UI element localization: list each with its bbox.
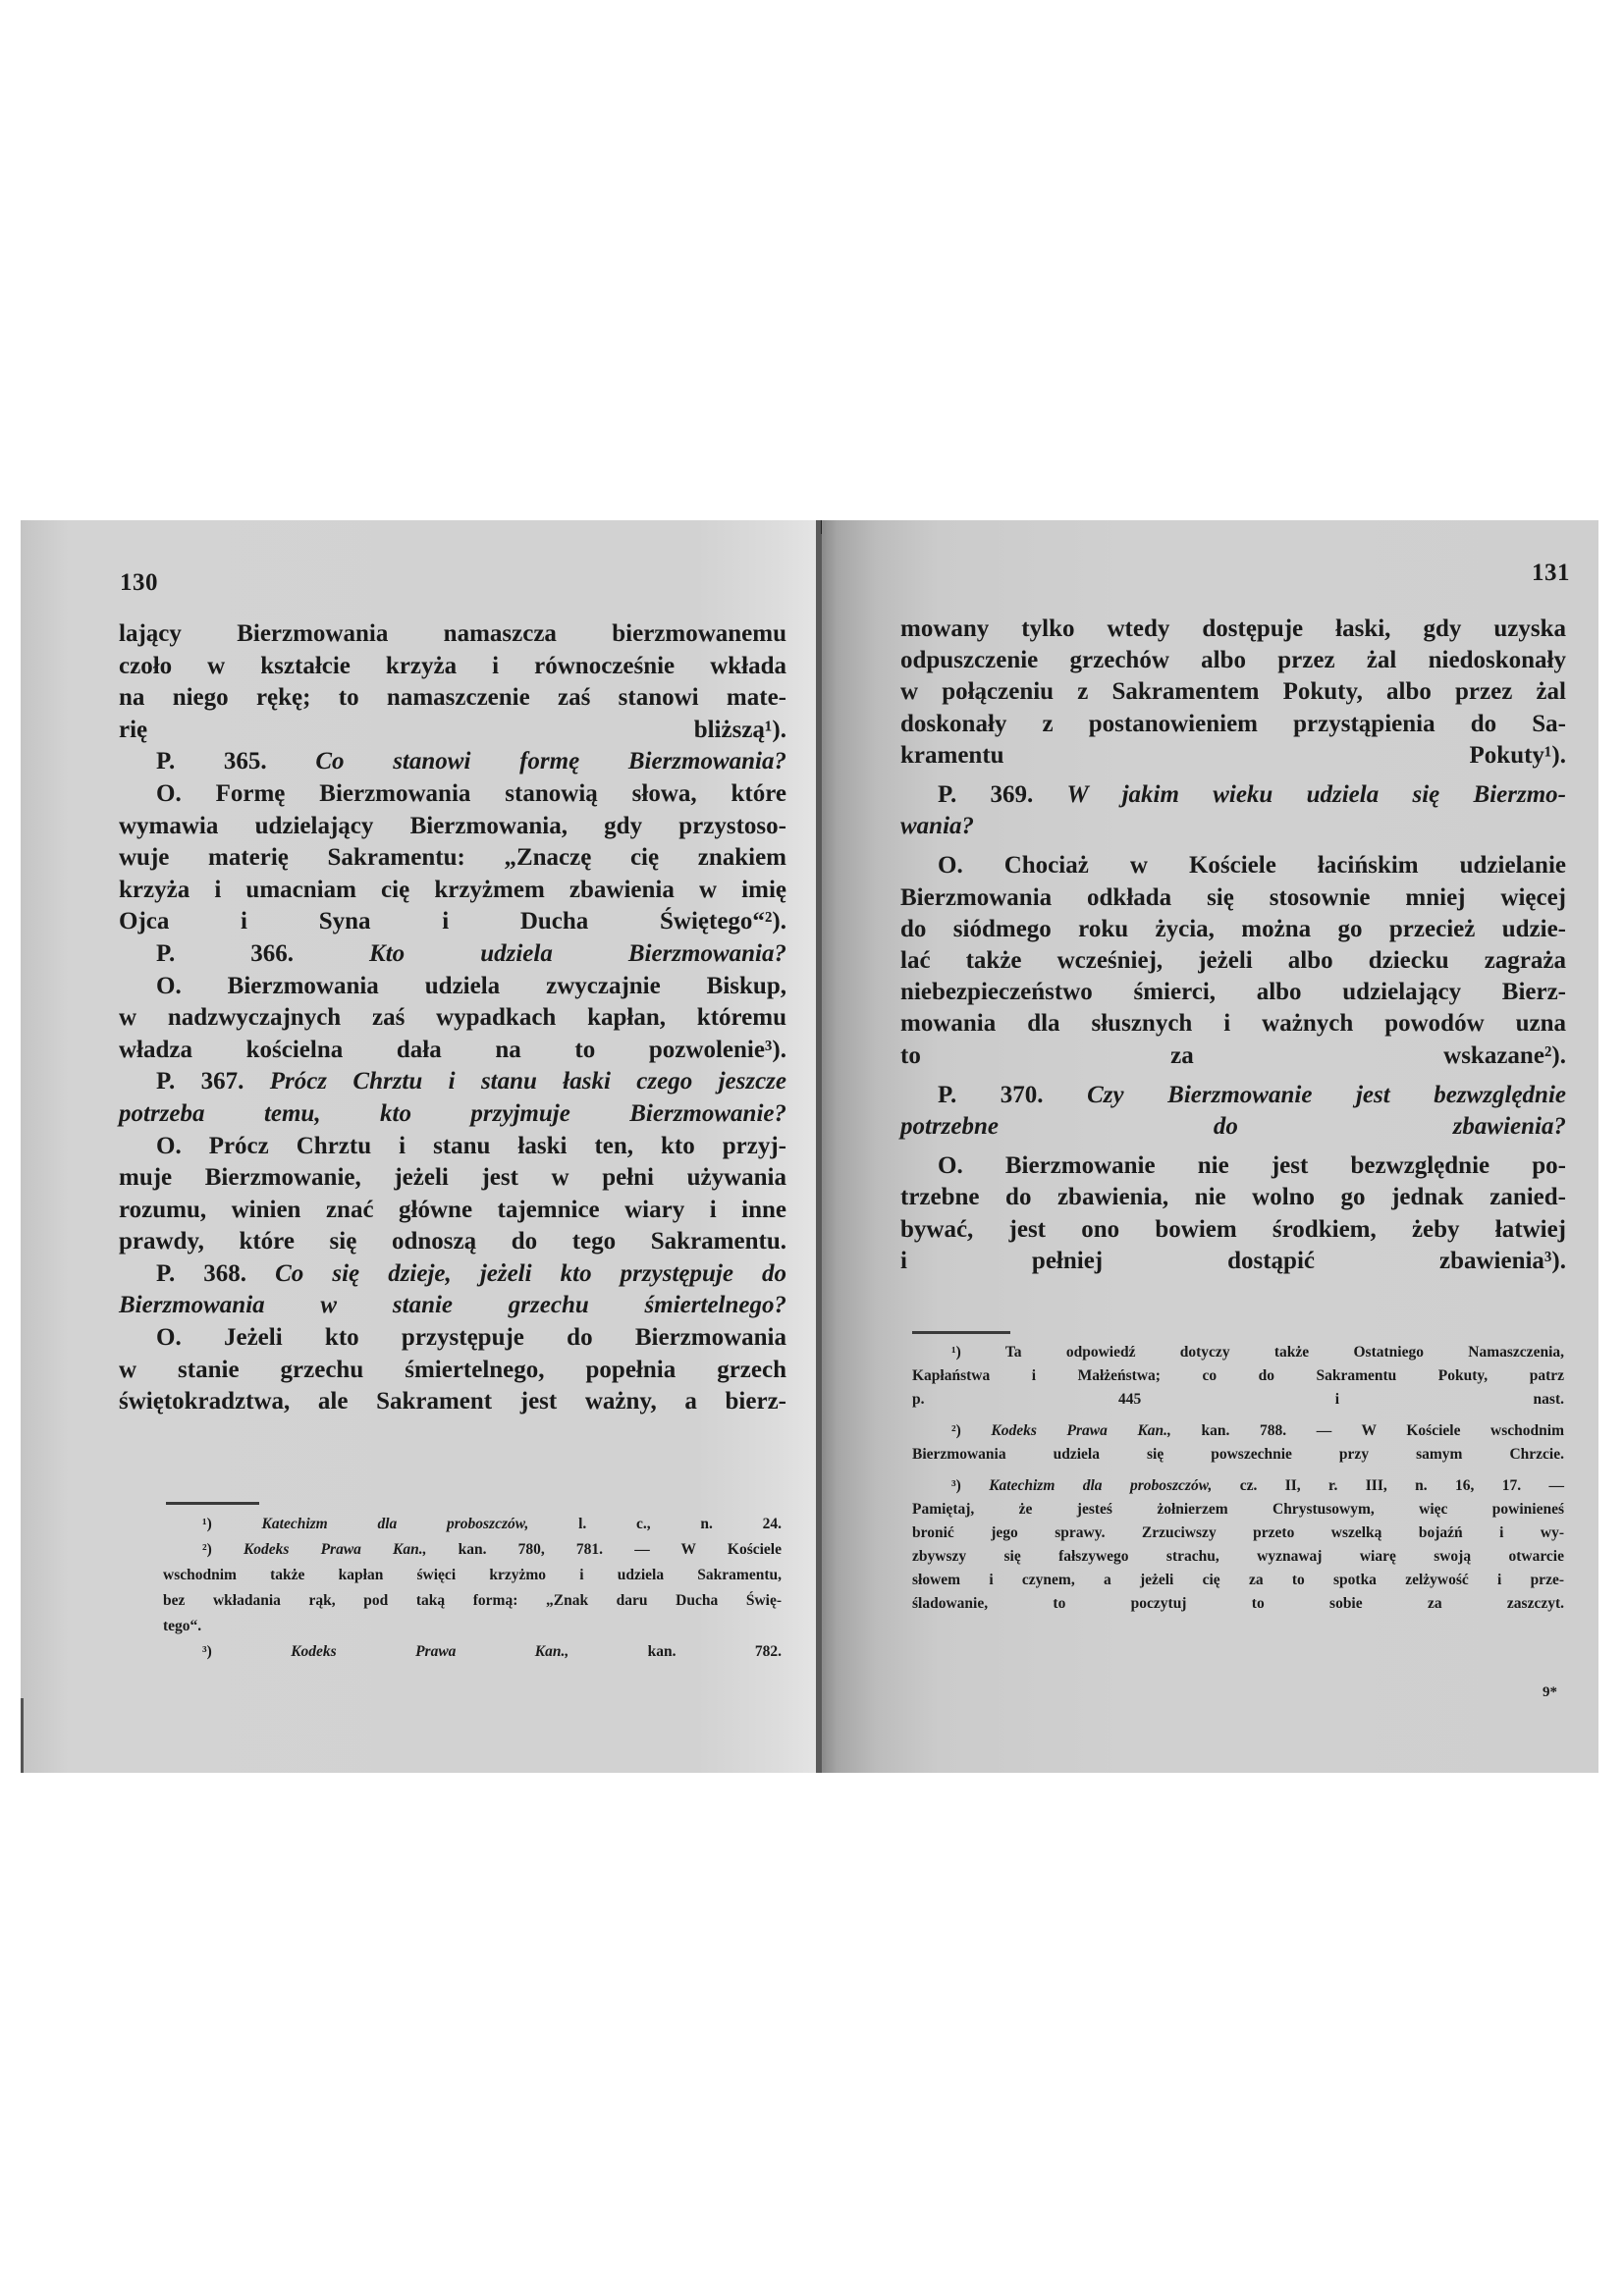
text-line-content: O. Jeżeli kto przystępuje do Bierzmowani… bbox=[156, 1322, 786, 1355]
text-run: mowany tylko wtedy dostępuje łaski, gdy … bbox=[900, 615, 1566, 642]
text-line-content: odpuszczenie grzechów albo przez żal nie… bbox=[900, 645, 1566, 676]
text-line: mowania dla słusznych i ważnych powodów … bbox=[900, 1008, 1566, 1040]
text-run: kan. 780, 781. — W Kościele bbox=[427, 1541, 782, 1558]
text-run: P. 365. bbox=[156, 748, 315, 774]
text-line-content: O. Prócz Chrztu i stanu łaski ten, kto p… bbox=[156, 1131, 786, 1163]
text-run: śladowanie, to poczytuj to sobie za zasz… bbox=[912, 1595, 1564, 1612]
italic-run: Bierzmowania w stanie grzechu śmiertelne… bbox=[119, 1292, 786, 1318]
text-run: w połączeniu z Sakramentem Pokuty, albo … bbox=[900, 678, 1566, 705]
footnote-line-content: p. 445 i nast. bbox=[912, 1388, 1564, 1412]
text-line-content: to za wskazane²). bbox=[900, 1041, 1566, 1072]
footnote-line: bez wkładania rąk, pod taką formą: „Znak… bbox=[163, 1588, 782, 1614]
footnote-line: słowem i czynem, a jeżeli cię za to spot… bbox=[912, 1569, 1564, 1592]
text-run: słowem i czynem, a jeżeli cię za to spot… bbox=[912, 1572, 1564, 1588]
text-run: mowania dla słusznych i ważnych powodów … bbox=[900, 1010, 1566, 1037]
text-line: muje Bierzmowanie, jeżeli jest w pełni u… bbox=[119, 1162, 786, 1195]
footnote-line: ³) Katechizm dla proboszczów, cz. II, r.… bbox=[912, 1474, 1564, 1498]
text-line: P. 370. Czy Bierzmowanie jest bezwzględn… bbox=[900, 1080, 1566, 1111]
text-run: l. c., n. 24. bbox=[528, 1516, 782, 1532]
footnote-line-content: bronić jego sprawy. Zrzuciwszy przeto ws… bbox=[912, 1522, 1564, 1545]
text-run: kan. 782. bbox=[568, 1643, 782, 1660]
text-line: prawdy, które się odnoszą do tego Sakram… bbox=[119, 1226, 786, 1258]
italic-run: wania? bbox=[900, 813, 974, 839]
footnote-line-content: tego“. bbox=[163, 1614, 782, 1639]
paragraph-gap bbox=[912, 1467, 1564, 1474]
text-run: władza kościelna dała na to pozwolenie³)… bbox=[119, 1037, 786, 1063]
text-run: bywać, jest ono bowiem środkiem, żeby ła… bbox=[900, 1216, 1566, 1243]
italic-run: Kto udziela Bierzmowania? bbox=[369, 940, 786, 967]
text-line-content: P. 367. Prócz Chrztu i stanu łaski czego… bbox=[156, 1066, 786, 1098]
text-line: w stanie grzechu śmiertelnego, popełnia … bbox=[119, 1355, 786, 1387]
text-line: P. 368. Co się dzieje, jeżeli kto przyst… bbox=[119, 1258, 786, 1291]
footnote-line: śladowanie, to poczytuj to sobie za zasz… bbox=[912, 1592, 1564, 1616]
footnote-line-content: ¹) Katechizm dla proboszczów, l. c., n. … bbox=[202, 1512, 782, 1537]
text-run: Bierzmowania udziela się powszechnie prz… bbox=[912, 1446, 1564, 1463]
paragraph-gap bbox=[900, 842, 1566, 850]
footnote-line: bronić jego sprawy. Zrzuciwszy przeto ws… bbox=[912, 1522, 1564, 1545]
text-line: w połączeniu z Sakramentem Pokuty, albo … bbox=[900, 676, 1566, 708]
text-line-content: wymawia udzielający Bierzmowania, gdy pr… bbox=[119, 811, 786, 843]
paragraph-gap bbox=[900, 772, 1566, 779]
text-run: P. 368. bbox=[156, 1260, 275, 1287]
text-run: trzebne do zbawienia, nie wolno go jedna… bbox=[900, 1184, 1566, 1210]
text-run: ²) bbox=[202, 1541, 244, 1558]
italic-run: Kodeks Prawa Kan., bbox=[991, 1422, 1171, 1439]
text-line-content: mowany tylko wtedy dostępuje łaski, gdy … bbox=[900, 614, 1566, 645]
right-page: 131 mowany tylko wtedy dostępuje łaski, … bbox=[822, 520, 1598, 1773]
italic-run: W jakim wieku udziela się Bierzmo- bbox=[1067, 781, 1566, 808]
text-line: O. Bierzmowania udziela zwyczajnie Bisku… bbox=[119, 971, 786, 1003]
text-run: ²) bbox=[951, 1422, 991, 1439]
text-line: czoło w kształcie krzyża i równocześnie … bbox=[119, 651, 786, 683]
text-run: kramentu Pokuty¹). bbox=[900, 742, 1566, 769]
text-run: p. 445 i nast. bbox=[912, 1391, 1564, 1408]
text-line: wania? bbox=[900, 811, 1566, 842]
text-run: ¹) Ta odpowiedź dotyczy także Ostatniego… bbox=[951, 1344, 1564, 1361]
text-run: muje Bierzmowanie, jeżeli jest w pełni u… bbox=[119, 1164, 786, 1191]
text-run: na niego rękę; to namaszczenie zaś stano… bbox=[119, 684, 786, 711]
text-line-content: O. Chociaż w Kościele łacińskim udzielan… bbox=[938, 850, 1566, 881]
text-line-content: muje Bierzmowanie, jeżeli jest w pełni u… bbox=[119, 1162, 786, 1195]
text-run: kan. 788. — W Kościele wschodnim bbox=[1171, 1422, 1564, 1439]
footnote-line: Kapłaństwa i Małżeństwa; co do Sakrament… bbox=[912, 1364, 1564, 1388]
text-run: bez wkładania rąk, pod taką formą: „Znak… bbox=[163, 1592, 782, 1609]
text-line-content: potrzeba temu, kto przyjmuje Bierzmowani… bbox=[119, 1098, 786, 1131]
footnote-line-content: śladowanie, to poczytuj to sobie za zasz… bbox=[912, 1592, 1564, 1616]
text-run: krzyża i umacniam cię krzyżmem zbawienia… bbox=[119, 877, 786, 903]
text-run: wschodnim także kapłan święci krzyżmo i … bbox=[163, 1567, 782, 1583]
text-line: potrzeba temu, kto przyjmuje Bierzmowani… bbox=[119, 1098, 786, 1131]
text-line-content: wuje materię Sakramentu: „Znaczę cię zna… bbox=[119, 842, 786, 875]
text-run: niebezpieczeństwo śmierci, albo udzielaj… bbox=[900, 979, 1566, 1005]
page-edge-shadow bbox=[21, 1698, 24, 1773]
text-line-content: lać także wcześniej, jeżeli albo dziecku… bbox=[900, 945, 1566, 977]
text-line: lający Bierzmowania namaszcza bierzmowan… bbox=[119, 618, 786, 651]
text-line: i pełniej dostąpić zbawienia³). bbox=[900, 1246, 1566, 1277]
text-run: prawdy, które się odnoszą do tego Sakram… bbox=[119, 1228, 786, 1255]
text-run: Kapłaństwa i Małżeństwa; co do Sakrament… bbox=[912, 1367, 1564, 1384]
text-run: lać także wcześniej, jeżeli albo dziecku… bbox=[900, 947, 1566, 974]
footnote-line: wschodnim także kapłan święci krzyżmo i … bbox=[163, 1563, 782, 1588]
text-run: P. 370. bbox=[938, 1082, 1087, 1108]
text-line: rię bliższą¹). bbox=[119, 715, 786, 747]
text-run: O. Jeżeli kto przystępuje do Bierzmowani… bbox=[156, 1324, 786, 1351]
text-line: niebezpieczeństwo śmierci, albo udzielaj… bbox=[900, 977, 1566, 1008]
text-run: O. Formę Bierzmowania stanowią słowa, kt… bbox=[156, 780, 786, 807]
text-run: Pamiętaj, że jesteś żołnierzem Chrystuso… bbox=[912, 1501, 1564, 1518]
text-line-content: Bierzmowania odkłada się stosownie mniej… bbox=[900, 882, 1566, 914]
signature-mark: 9* bbox=[1543, 1684, 1557, 1701]
text-line-content: kramentu Pokuty¹). bbox=[900, 740, 1566, 772]
text-run: wymawia udzielający Bierzmowania, gdy pr… bbox=[119, 813, 786, 839]
footnote-line-content: słowem i czynem, a jeżeli cię za to spot… bbox=[912, 1569, 1564, 1592]
italic-run: Co się dzieje, jeżeli kto przystępuje do bbox=[275, 1260, 786, 1287]
footnote-line: zbywszy się fałszywego strachu, wyznawaj… bbox=[912, 1545, 1564, 1569]
footnote-line-content: ²) Kodeks Prawa Kan., kan. 788. — W Kośc… bbox=[951, 1419, 1564, 1443]
italic-run: Katechizm dla proboszczów, bbox=[262, 1516, 529, 1532]
left-page-body: lający Bierzmowania namaszcza bierzmowan… bbox=[119, 618, 786, 1418]
italic-run: Prócz Chrztu i stanu łaski czego jeszcze bbox=[270, 1068, 786, 1095]
text-run: ¹) bbox=[202, 1516, 262, 1532]
footnote-line: ¹) Katechizm dla proboszczów, l. c., n. … bbox=[163, 1512, 782, 1537]
text-run: cz. II, r. III, n. 16, 17. — bbox=[1212, 1477, 1564, 1494]
text-line: P. 365. Co stanowi formę Bierzmowania? bbox=[119, 746, 786, 778]
text-run: w nadzwyczajnych zaś wypadkach kapłan, k… bbox=[119, 1004, 786, 1031]
text-line-content: P. 368. Co się dzieje, jeżeli kto przyst… bbox=[156, 1258, 786, 1291]
text-line: rozumu, winien znać główne tajemnice wia… bbox=[119, 1195, 786, 1227]
text-line: O. Bierzmowanie nie jest bezwzględnie po… bbox=[900, 1150, 1566, 1182]
book-scan: 130 lający Bierzmowania namaszcza bierzm… bbox=[21, 520, 1598, 1773]
text-line: doskonały z postanowieniem przystąpienia… bbox=[900, 709, 1566, 740]
text-run: ³) bbox=[202, 1643, 291, 1660]
paragraph-gap bbox=[900, 1143, 1566, 1150]
text-line: P. 369. W jakim wieku udziela się Bierzm… bbox=[900, 779, 1566, 811]
text-run: O. Chociaż w Kościele łacińskim udzielan… bbox=[938, 852, 1566, 879]
footnote-separator-left bbox=[166, 1502, 259, 1505]
text-line: wymawia udzielający Bierzmowania, gdy pr… bbox=[119, 811, 786, 843]
text-line-content: prawdy, które się odnoszą do tego Sakram… bbox=[119, 1226, 786, 1258]
text-run: doskonały z postanowieniem przystąpienia… bbox=[900, 711, 1566, 737]
text-line-content: rozumu, winien znać główne tajemnice wia… bbox=[119, 1195, 786, 1227]
text-line: O. Chociaż w Kościele łacińskim udzielan… bbox=[900, 850, 1566, 881]
text-run: tego“. bbox=[163, 1618, 201, 1634]
text-run: i pełniej dostąpić zbawienia³). bbox=[900, 1248, 1566, 1274]
italic-run: potrzebne do zbawienia? bbox=[900, 1113, 1566, 1140]
text-line-content: władza kościelna dała na to pozwolenie³)… bbox=[119, 1035, 786, 1067]
text-line-content: mowania dla słusznych i ważnych powodów … bbox=[900, 1008, 1566, 1040]
page-number-left: 130 bbox=[120, 569, 158, 597]
text-run: zbywszy się fałszywego strachu, wyznawaj… bbox=[912, 1548, 1564, 1565]
text-line-content: O. Formę Bierzmowania stanowią słowa, kt… bbox=[156, 778, 786, 811]
footnote-line: p. 445 i nast. bbox=[912, 1388, 1564, 1412]
footnote-line-content: ³) Katechizm dla proboszczów, cz. II, r.… bbox=[951, 1474, 1564, 1498]
text-run: lający Bierzmowania namaszcza bierzmowan… bbox=[119, 620, 786, 647]
paragraph-gap bbox=[900, 1072, 1566, 1080]
right-page-footnotes: ¹) Ta odpowiedź dotyczy także Ostatniego… bbox=[912, 1341, 1564, 1616]
footnote-line-content: ²) Kodeks Prawa Kan., kan. 780, 781. — W… bbox=[202, 1537, 782, 1563]
italic-run: Co stanowi formę Bierzmowania? bbox=[315, 748, 786, 774]
text-line-content: Ojca i Syna i Ducha Świętego“²). bbox=[119, 906, 786, 938]
text-line-content: trzebne do zbawienia, nie wolno go jedna… bbox=[900, 1182, 1566, 1213]
paragraph-gap bbox=[912, 1412, 1564, 1419]
footnote-line: ²) Kodeks Prawa Kan., kan. 788. — W Kośc… bbox=[912, 1419, 1564, 1443]
text-line: krzyża i umacniam cię krzyżmem zbawienia… bbox=[119, 875, 786, 907]
text-line: Bierzmowania w stanie grzechu śmiertelne… bbox=[119, 1290, 786, 1322]
footnote-separator-right bbox=[912, 1331, 1010, 1334]
text-line: O. Prócz Chrztu i stanu łaski ten, kto p… bbox=[119, 1131, 786, 1163]
text-run: odpuszczenie grzechów albo przez żal nie… bbox=[900, 647, 1566, 673]
text-line-content: w połączeniu z Sakramentem Pokuty, albo … bbox=[900, 676, 1566, 708]
text-line: bywać, jest ono bowiem środkiem, żeby ła… bbox=[900, 1214, 1566, 1246]
text-run: w stanie grzechu śmiertelnego, popełnia … bbox=[119, 1357, 786, 1383]
text-run: Ojca i Syna i Ducha Świętego“²). bbox=[119, 908, 786, 934]
text-line: potrzebne do zbawienia? bbox=[900, 1111, 1566, 1143]
text-run: wuje materię Sakramentu: „Znaczę cię zna… bbox=[119, 844, 786, 871]
text-line-content: P. 369. W jakim wieku udziela się Bierzm… bbox=[938, 779, 1566, 811]
text-run: to za wskazane²). bbox=[900, 1042, 1566, 1069]
text-line: to za wskazane²). bbox=[900, 1041, 1566, 1072]
text-line-content: P. 370. Czy Bierzmowanie jest bezwzględn… bbox=[938, 1080, 1566, 1111]
text-line: Bierzmowania odkłada się stosownie mniej… bbox=[900, 882, 1566, 914]
italic-run: Katechizm dla proboszczów, bbox=[989, 1477, 1212, 1494]
text-line: trzebne do zbawienia, nie wolno go jedna… bbox=[900, 1182, 1566, 1213]
footnote-line: ¹) Ta odpowiedź dotyczy także Ostatniego… bbox=[912, 1341, 1564, 1364]
text-run: O. Prócz Chrztu i stanu łaski ten, kto p… bbox=[156, 1133, 786, 1159]
italic-run: Kodeks Prawa Kan., bbox=[244, 1541, 427, 1558]
footnote-line-content: Bierzmowania udziela się powszechnie prz… bbox=[912, 1443, 1564, 1467]
text-run: Bierzmowania odkłada się stosownie mniej… bbox=[900, 884, 1566, 911]
text-line: P. 367. Prócz Chrztu i stanu łaski czego… bbox=[119, 1066, 786, 1098]
text-line: odpuszczenie grzechów albo przez żal nie… bbox=[900, 645, 1566, 676]
text-line-content: i pełniej dostąpić zbawienia³). bbox=[900, 1246, 1566, 1277]
text-line-content: na niego rękę; to namaszczenie zaś stano… bbox=[119, 682, 786, 715]
text-line-content: bywać, jest ono bowiem środkiem, żeby ła… bbox=[900, 1214, 1566, 1246]
footnote-line-content: zbywszy się fałszywego strachu, wyznawaj… bbox=[912, 1545, 1564, 1569]
text-run: rię bliższą¹). bbox=[119, 717, 786, 743]
text-line-content: O. Bierzmowania udziela zwyczajnie Bisku… bbox=[156, 971, 786, 1003]
footnote-line-content: ³) Kodeks Prawa Kan., kan. 782. bbox=[202, 1639, 782, 1665]
text-line: kramentu Pokuty¹). bbox=[900, 740, 1566, 772]
text-line: O. Jeżeli kto przystępuje do Bierzmowani… bbox=[119, 1322, 786, 1355]
text-line: P. 366. Kto udziela Bierzmowania? bbox=[119, 938, 786, 971]
text-line: do siódmego roku życia, można go przecie… bbox=[900, 914, 1566, 945]
text-line: władza kościelna dała na to pozwolenie³)… bbox=[119, 1035, 786, 1067]
footnote-line: tego“. bbox=[163, 1614, 782, 1639]
text-line-content: w nadzwyczajnych zaś wypadkach kapłan, k… bbox=[119, 1002, 786, 1035]
footnote-line: ³) Kodeks Prawa Kan., kan. 782. bbox=[163, 1639, 782, 1665]
text-line: mowany tylko wtedy dostępuje łaski, gdy … bbox=[900, 614, 1566, 645]
italic-run: potrzeba temu, kto przyjmuje Bierzmowani… bbox=[119, 1100, 786, 1127]
text-line-content: potrzebne do zbawienia? bbox=[900, 1111, 1566, 1143]
text-line-content: rię bliższą¹). bbox=[119, 715, 786, 747]
text-line-content: O. Bierzmowanie nie jest bezwzględnie po… bbox=[938, 1150, 1566, 1182]
footnote-line: Bierzmowania udziela się powszechnie prz… bbox=[912, 1443, 1564, 1467]
text-run: rozumu, winien znać główne tajemnice wia… bbox=[119, 1197, 786, 1223]
text-run: P. 367. bbox=[156, 1068, 270, 1095]
text-line: wuje materię Sakramentu: „Znaczę cię zna… bbox=[119, 842, 786, 875]
footnote-line-content: bez wkładania rąk, pod taką formą: „Znak… bbox=[163, 1588, 782, 1614]
footnote-line-content: ¹) Ta odpowiedź dotyczy także Ostatniego… bbox=[951, 1341, 1564, 1364]
text-line-content: czoło w kształcie krzyża i równocześnie … bbox=[119, 651, 786, 683]
text-line-content: wania? bbox=[900, 811, 1566, 842]
page-number-right: 131 bbox=[1532, 560, 1570, 587]
text-line: na niego rękę; to namaszczenie zaś stano… bbox=[119, 682, 786, 715]
text-run: bronić jego sprawy. Zrzuciwszy przeto ws… bbox=[912, 1524, 1564, 1541]
text-run: świętokradztwa, ale Sakrament jest ważny… bbox=[119, 1388, 786, 1415]
footnote-line-content: Pamiętaj, że jesteś żołnierzem Chrystuso… bbox=[912, 1498, 1564, 1522]
text-line-content: doskonały z postanowieniem przystąpienia… bbox=[900, 709, 1566, 740]
text-run: ³) bbox=[951, 1477, 989, 1494]
text-line-content: do siódmego roku życia, można go przecie… bbox=[900, 914, 1566, 945]
text-run: P. 369. bbox=[938, 781, 1067, 808]
text-run: O. Bierzmowania udziela zwyczajnie Bisku… bbox=[156, 973, 786, 999]
footnote-line-content: Kapłaństwa i Małżeństwa; co do Sakrament… bbox=[912, 1364, 1564, 1388]
text-run: O. Bierzmowanie nie jest bezwzględnie po… bbox=[938, 1152, 1566, 1179]
right-page-body: mowany tylko wtedy dostępuje łaski, gdy … bbox=[900, 614, 1566, 1277]
text-line-content: niebezpieczeństwo śmierci, albo udzielaj… bbox=[900, 977, 1566, 1008]
text-line-content: Bierzmowania w stanie grzechu śmiertelne… bbox=[119, 1290, 786, 1322]
text-line-content: w stanie grzechu śmiertelnego, popełnia … bbox=[119, 1355, 786, 1387]
text-line: lać także wcześniej, jeżeli albo dziecku… bbox=[900, 945, 1566, 977]
text-line: świętokradztwa, ale Sakrament jest ważny… bbox=[119, 1386, 786, 1418]
italic-run: Czy Bierzmowanie jest bezwzględnie bbox=[1087, 1082, 1566, 1108]
left-page-footnotes: ¹) Katechizm dla proboszczów, l. c., n. … bbox=[163, 1512, 782, 1665]
text-line-content: lający Bierzmowania namaszcza bierzmowan… bbox=[119, 618, 786, 651]
text-run: do siódmego roku życia, można go przecie… bbox=[900, 916, 1566, 942]
text-line-content: krzyża i umacniam cię krzyżmem zbawienia… bbox=[119, 875, 786, 907]
text-line: Ojca i Syna i Ducha Świętego“²). bbox=[119, 906, 786, 938]
left-page: 130 lający Bierzmowania namaszcza bierzm… bbox=[21, 520, 816, 1773]
text-line: O. Formę Bierzmowania stanowią słowa, kt… bbox=[119, 778, 786, 811]
footnote-line: ²) Kodeks Prawa Kan., kan. 780, 781. — W… bbox=[163, 1537, 782, 1563]
text-line-content: P. 365. Co stanowi formę Bierzmowania? bbox=[156, 746, 786, 778]
footnote-line-content: wschodnim także kapłan święci krzyżmo i … bbox=[163, 1563, 782, 1588]
italic-run: Kodeks Prawa Kan., bbox=[291, 1643, 568, 1660]
text-line-content: świętokradztwa, ale Sakrament jest ważny… bbox=[119, 1386, 786, 1418]
text-run: P. 366. bbox=[156, 940, 369, 967]
text-line-content: P. 366. Kto udziela Bierzmowania? bbox=[156, 938, 786, 971]
text-line: w nadzwyczajnych zaś wypadkach kapłan, k… bbox=[119, 1002, 786, 1035]
footnote-line: Pamiętaj, że jesteś żołnierzem Chrystuso… bbox=[912, 1498, 1564, 1522]
text-run: czoło w kształcie krzyża i równocześnie … bbox=[119, 653, 786, 679]
